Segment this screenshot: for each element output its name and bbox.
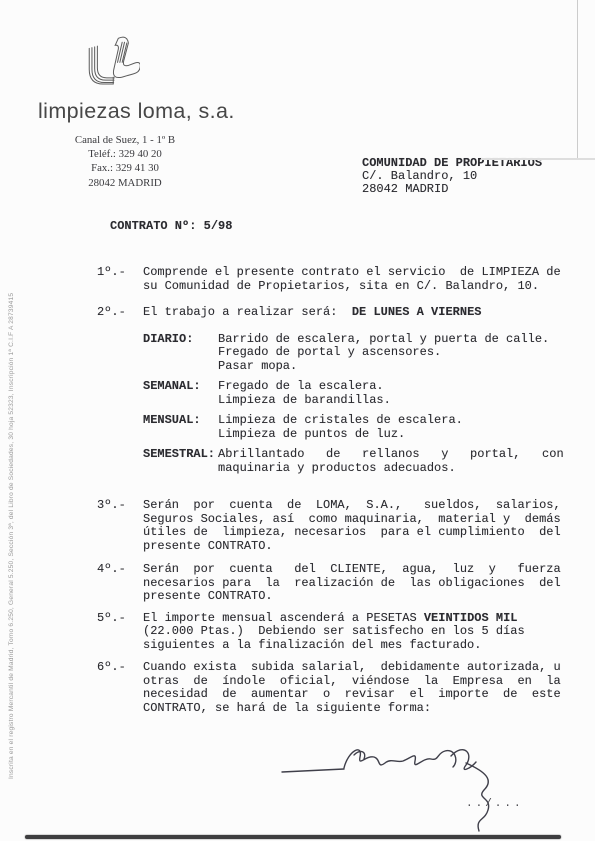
recipient-city: 28042 MADRID (362, 183, 542, 196)
schedule-mensual: MENSUAL: Limpieza de cristales de escale… (143, 414, 591, 441)
registry-note: Inscrita en el registro Mercantil de Mad… (8, 293, 15, 779)
schedule-label: SEMESTRAL: (143, 448, 218, 475)
clause-number: 5º.- (97, 612, 143, 653)
clause-text: El importe mensual ascenderá a PESETAS V… (143, 612, 525, 653)
clause-5: 5º.- El importe mensual ascenderá a PESE… (97, 612, 591, 653)
clause-1: 1º.- Comprende el presente contrato el s… (97, 266, 591, 293)
clause-number: 3º.- (97, 499, 143, 553)
address-line: Fax.: 329 41 30 (63, 161, 187, 175)
clause-text: Cuando exista subida salarial, debidamen… (143, 661, 561, 715)
schedule-semestral: SEMESTRAL: Abrillantado de rellanos y po… (143, 448, 591, 475)
clause-number: 4º.- (97, 563, 143, 604)
schedule-tasks: Barrido de escalera, portal y puerta de … (218, 333, 549, 374)
clause-3: 3º.- Serán por cuenta de LOMA, S.A., sue… (97, 499, 591, 553)
schedule-diario: DIARIO: Barrido de escalera, portal y pu… (143, 333, 591, 374)
address-line: Canal de Suez, 1 - 1º B (63, 133, 187, 147)
address-line: Teléf.: 329 40 20 (63, 147, 187, 161)
schedule-label: SEMANAL: (143, 380, 218, 407)
contract-document-page: Inscrita en el registro Mercantil de Mad… (0, 0, 595, 841)
continuation-mark: ../... (466, 798, 524, 810)
address-line: 28042 MADRID (63, 176, 187, 190)
clause-text: Serán por cuenta de LOMA, S.A., sueldos,… (143, 499, 561, 553)
clause-text: Serán por cuenta del CLIENTE, agua, luz … (143, 563, 561, 604)
schedule-tasks: Abrillantado de rellanos y portal, con m… (218, 448, 564, 475)
company-name: limpiezas loma, s.a. (38, 99, 235, 124)
clause-number: 1º.- (97, 266, 143, 293)
company-address: Canal de Suez, 1 - 1º B Teléf.: 329 40 2… (63, 133, 187, 190)
recipient-block: COMUNIDAD DE PROPIETARIOS C/. Balandro, … (362, 157, 542, 197)
company-logo-icon (78, 30, 140, 109)
schedule-tasks: Fregado de la escalera. Limpieza de bara… (218, 380, 391, 407)
scan-edge-line (25, 835, 561, 839)
schedule-label: DIARIO: (143, 333, 218, 374)
clause-6: 6º.- Cuando exista subida salarial, debi… (97, 661, 591, 715)
contract-body: 1º.- Comprende el presente contrato el s… (97, 266, 591, 728)
scan-artifact-line (481, 158, 595, 160)
emphasis-text: DE LUNES A VIERNES (352, 305, 482, 319)
scan-artifact-line (577, 0, 578, 159)
clause-text: El trabajo a realizar será: DE LUNES A V… (143, 306, 481, 320)
schedule-label: MENSUAL: (143, 414, 218, 441)
schedule-tasks: Limpieza de cristales de escalera. Limpi… (218, 414, 463, 441)
contract-number-title: CONTRATO Nº: 5/98 (110, 219, 232, 233)
clause-4: 4º.- Serán por cuenta del CLIENTE, agua,… (97, 563, 591, 604)
clause-number: 6º.- (97, 661, 143, 715)
schedule-semanal: SEMANAL: Fregado de la escalera. Limpiez… (143, 380, 591, 407)
clause-2: 2º.- El trabajo a realizar será: DE LUNE… (97, 306, 591, 320)
emphasis-text: VEINTIDOS MIL (424, 611, 518, 625)
clause-text: Comprende el presente contrato el servic… (143, 266, 561, 293)
clause-number: 2º.- (97, 306, 143, 320)
handwritten-signature (268, 733, 530, 841)
